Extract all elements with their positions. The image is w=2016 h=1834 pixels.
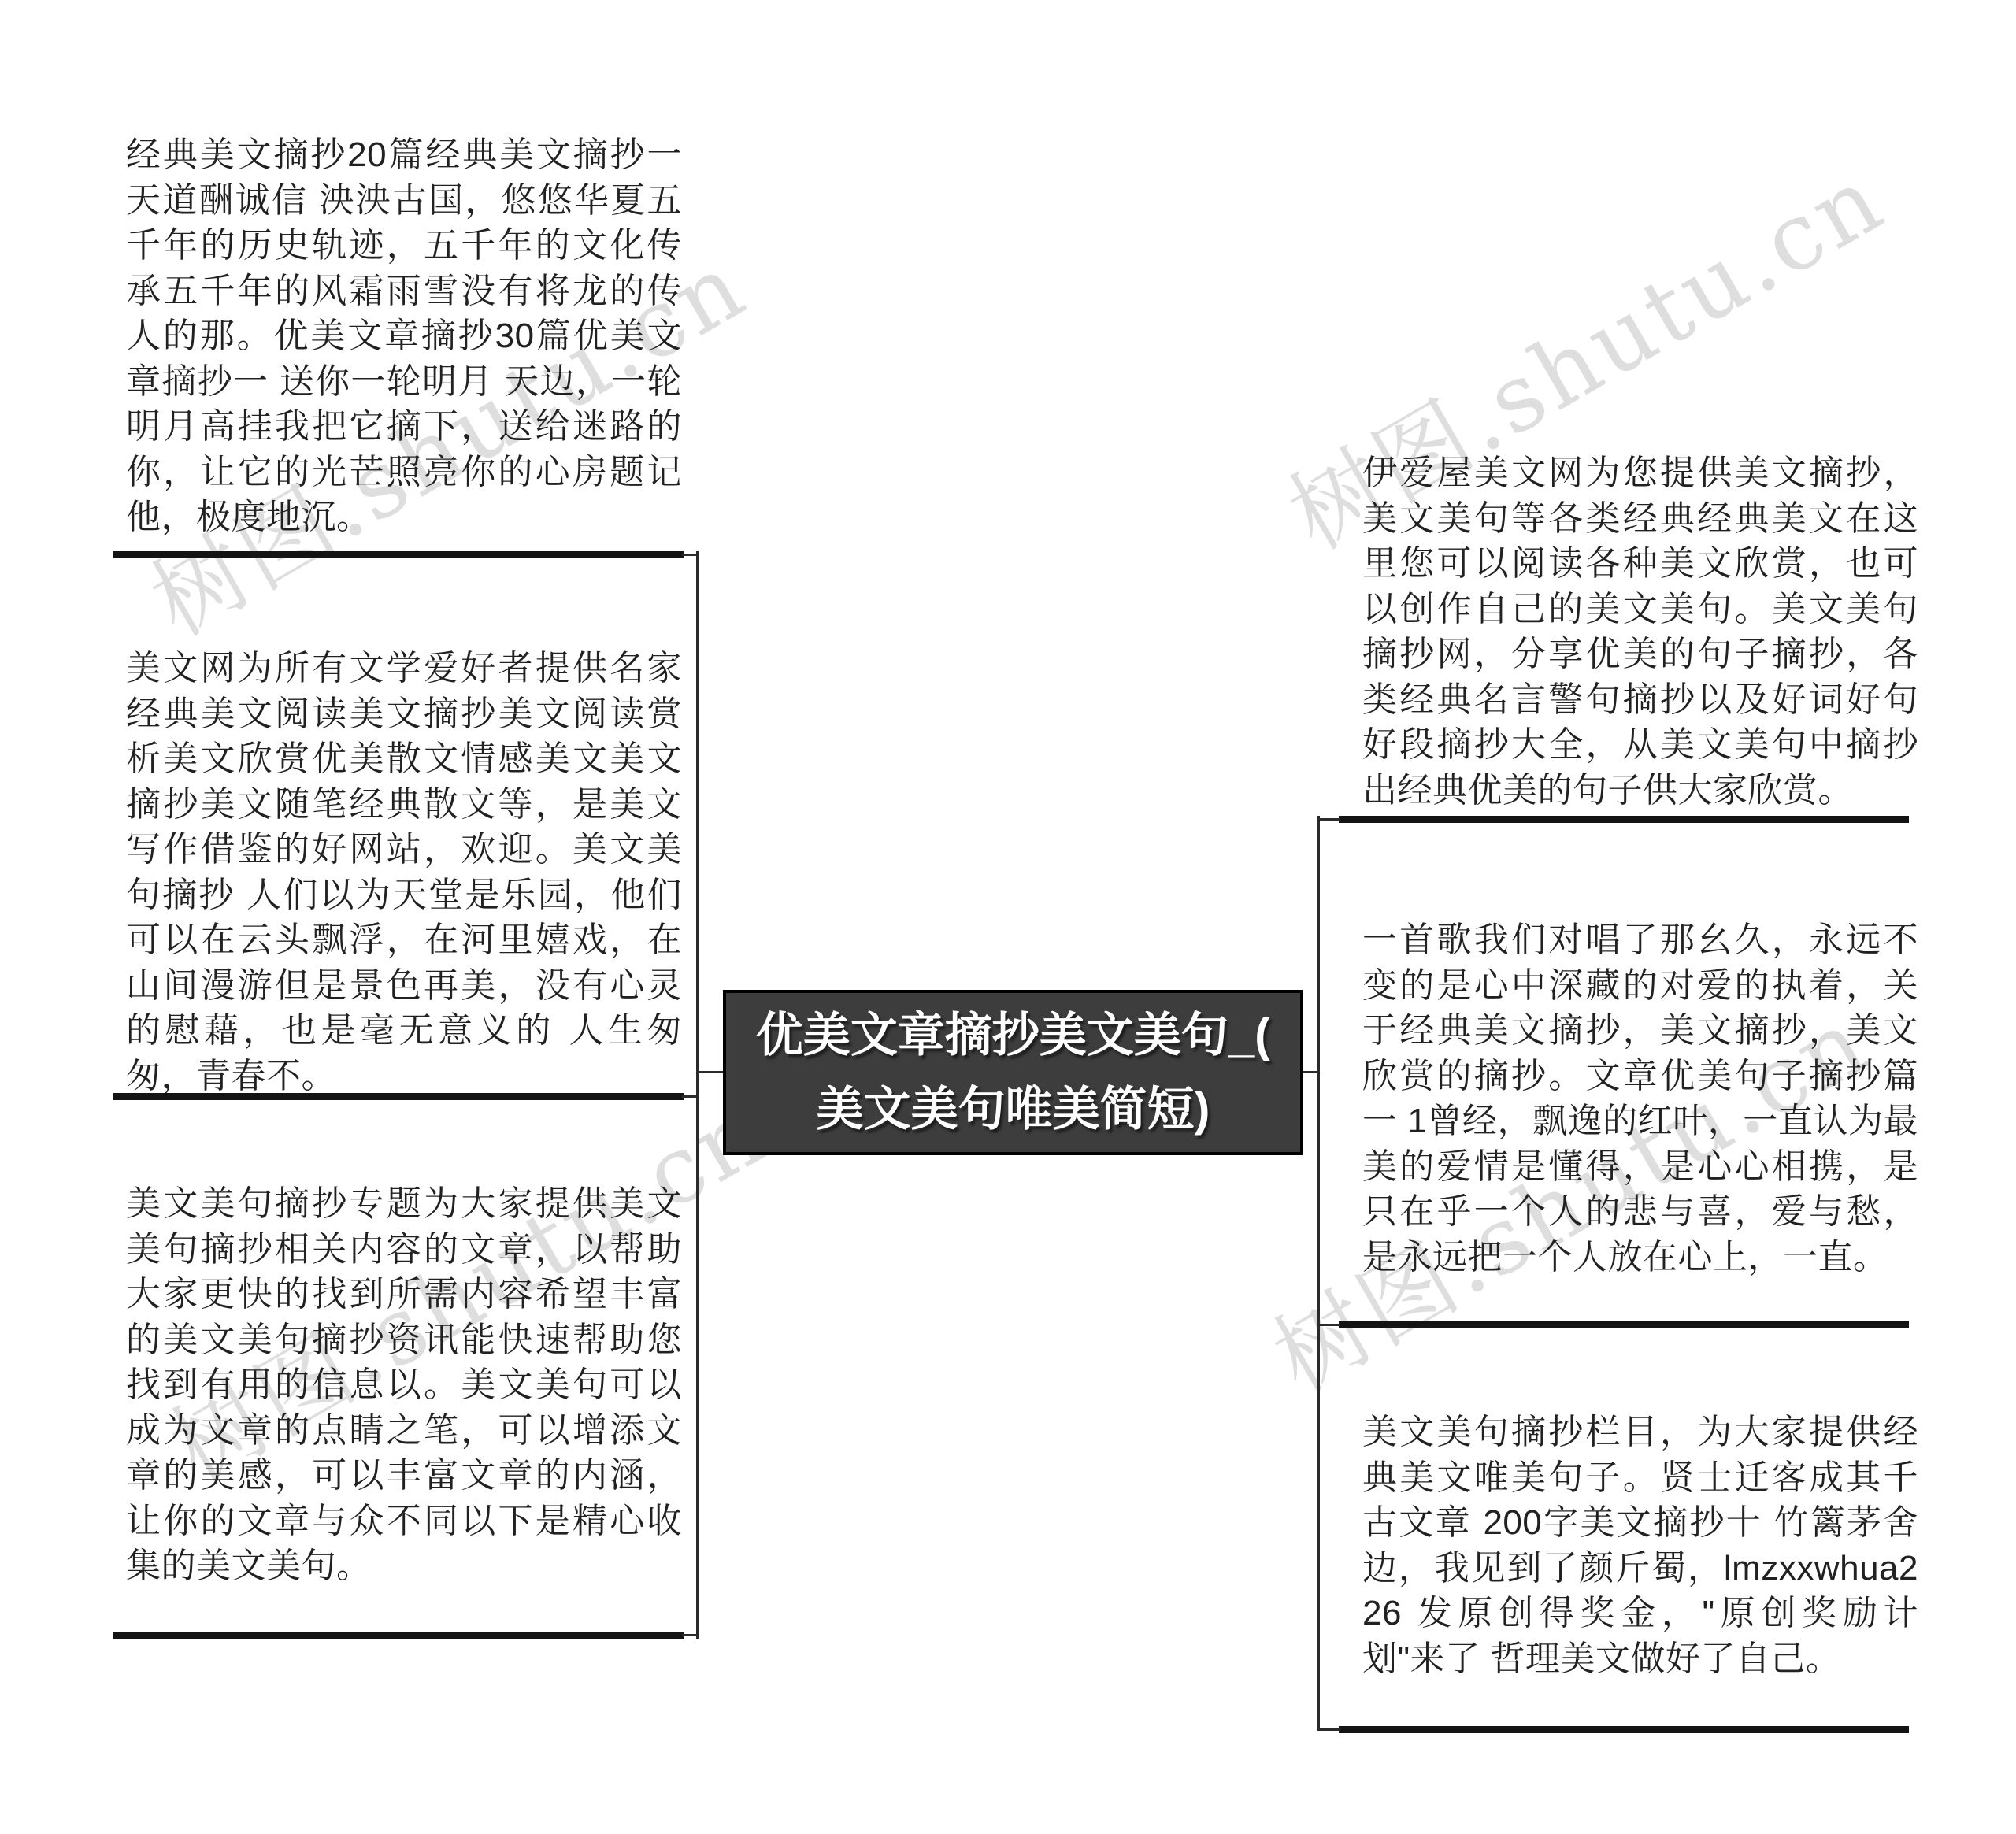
right-branch-paragraph-1: 伊爱屋美文网为您提供美文摘抄，美文美句等各类经典经典美文在这里您可以阅读各种美文… <box>1362 450 1918 813</box>
right-branch-underline-2 <box>1339 1321 1909 1328</box>
left-branch-underline-2 <box>113 1093 684 1100</box>
connector-stub <box>682 554 698 556</box>
mindmap-canvas: 树图.shutu.cn 树图.shutu.cn 树图.shutu.cn 树图.s… <box>0 0 2016 1834</box>
center-topic-node: 优美文章摘抄美文美句_( 美文美句唯美简短) <box>723 990 1303 1155</box>
left-branch-underline-1 <box>113 551 684 558</box>
right-connector-rail <box>1317 816 1320 1731</box>
right-branch-paragraph-2: 一首歌我们对唱了那幺久，永远不变的是心中深藏的对爱的执着，关于经典美文摘抄，美文… <box>1362 917 1918 1280</box>
right-branch-underline-1 <box>1339 816 1909 823</box>
left-connector-rail <box>696 551 699 1639</box>
left-branch-paragraph-1: 经典美文摘抄20篇经典美文摘抄一天道酬诚信 泱泱古国，悠悠华夏五千年的历史轨迹，… <box>126 132 682 540</box>
connector-stub <box>1319 818 1340 821</box>
left-branch-paragraph-2: 美文网为所有文学爱好者提供名家经典美文阅读美文摘抄美文阅读赏析美文欣赏优美散文情… <box>126 646 682 1099</box>
center-topic-title-line1: 优美文章摘抄美文美句_( <box>756 999 1270 1073</box>
left-branch-paragraph-3: 美文美句摘抄专题为大家提供美文美句摘抄相关内容的文章，以帮助大家更快的找到所需内… <box>126 1181 682 1589</box>
connector-stub <box>682 1095 698 1098</box>
right-node-connector <box>1302 1071 1320 1073</box>
center-topic-title-line2: 美文美句唯美简短) <box>817 1073 1210 1147</box>
connector-stub <box>1319 1728 1340 1731</box>
right-branch-paragraph-3: 美文美句摘抄栏目，为大家提供经典美文唯美句子。贤士迁客成其千古文章 200字美文… <box>1362 1410 1918 1681</box>
connector-stub <box>1319 1324 1340 1326</box>
connector-stub <box>682 1634 698 1636</box>
left-branch-underline-3 <box>113 1632 684 1639</box>
left-node-connector <box>696 1071 724 1073</box>
right-branch-underline-3 <box>1339 1726 1909 1733</box>
